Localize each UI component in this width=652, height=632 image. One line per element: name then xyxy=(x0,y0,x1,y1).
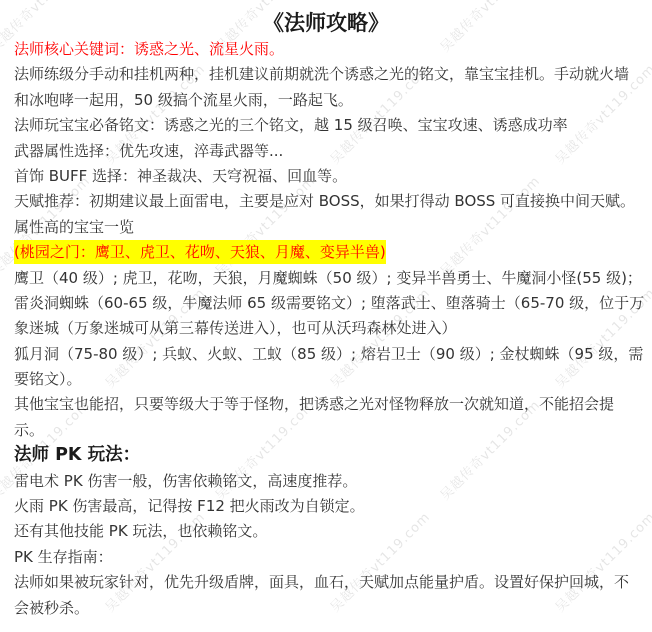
body-line: 雷炎洞蜘蛛（60-65 级，牛魔法师 65 级需要铭文）; 堕落武士、堕落骑士（… xyxy=(14,291,652,316)
body-line: 火雨 PK 伤害最高，记得按 F12 把火雨改为自锁定。 xyxy=(14,494,652,519)
highlight-text: (桃园之门：鹰卫、虎卫、花吻、天狼、月魔、变异半兽) xyxy=(14,240,386,264)
body-line: 鹰卫（40 级）; 虎卫，花吻，天狼，月魔蜘蛛（50 级）; 变异半兽勇士、牛魔… xyxy=(14,266,652,291)
body-line: 武器属性选择：优先攻速，淬毒武器等... xyxy=(14,139,652,164)
body-line: 狐月洞（75-80 级）; 兵蚁、火蚁、工蚁（85 级）; 熔岩卫士（90 级）… xyxy=(14,342,652,367)
body-line: PK 生存指南： xyxy=(14,545,652,570)
body-line: 法师如果被玩家针对，优先升级盾牌，面具，血石，天赋加点能量护盾。设置好保护回城，… xyxy=(14,570,652,595)
body-line: 属性高的宝宝一览 xyxy=(14,215,652,240)
body-line: 雷电术 PK 伤害一般，伤害依赖铭文，高速度推荐。 xyxy=(14,469,652,494)
body-line: 其他宝宝也能招，只要等级大于等于怪物，把诱惑之光对怪物释放一次就知道，不能招会提 xyxy=(14,392,652,417)
guide-document: 吴越传奇vt119.com吴越传奇vt119.com吴越传奇vt119.com吴… xyxy=(0,0,652,632)
body-line: 还有其他技能 PK 玩法，也依赖铭文。 xyxy=(14,519,652,544)
body-line: 和冰咆哮一起用，50 级搞个流星火雨，一路起飞。 xyxy=(14,88,652,113)
body-line: 法师练级分手动和挂机两种，挂机建议前期就洗个诱惑之光的铭文，靠宝宝挂机。手动就火… xyxy=(14,62,652,87)
body-line: 象迷城（万象迷城可从第三幕传送进入），也可从沃玛森林处进入） xyxy=(14,316,652,341)
body-line: 示。 xyxy=(14,418,652,443)
pets-highlight-line: (桃园之门：鹰卫、虎卫、花吻、天狼、月魔、变异半兽) xyxy=(14,240,652,265)
article-body: 法师核心关键词：诱惑之光、流星火雨。法师练级分手动和挂机两种，挂机建议前期就洗个… xyxy=(14,37,652,621)
body-line: 会被秒杀。 xyxy=(14,596,652,621)
body-line: 要铭文）。 xyxy=(14,367,652,392)
page-title: 《法师攻略》 xyxy=(0,7,652,37)
body-line: 首饰 BUFF 选择：神圣裁决、天穹祝福、回血等。 xyxy=(14,164,652,189)
body-line: 法师玩宝宝必备铭文：诱惑之光的三个铭文，越 15 级召唤、宝宝攻速、诱惑成功率 xyxy=(14,113,652,138)
keyword-line: 法师核心关键词：诱惑之光、流星火雨。 xyxy=(14,37,652,62)
body-line: 天赋推荐：初期建议最上面雷电，主要是应对 BOSS，如果打得动 BOSS 可直接… xyxy=(14,189,652,214)
pk-section-heading: 法师 PK 玩法： xyxy=(14,443,652,468)
